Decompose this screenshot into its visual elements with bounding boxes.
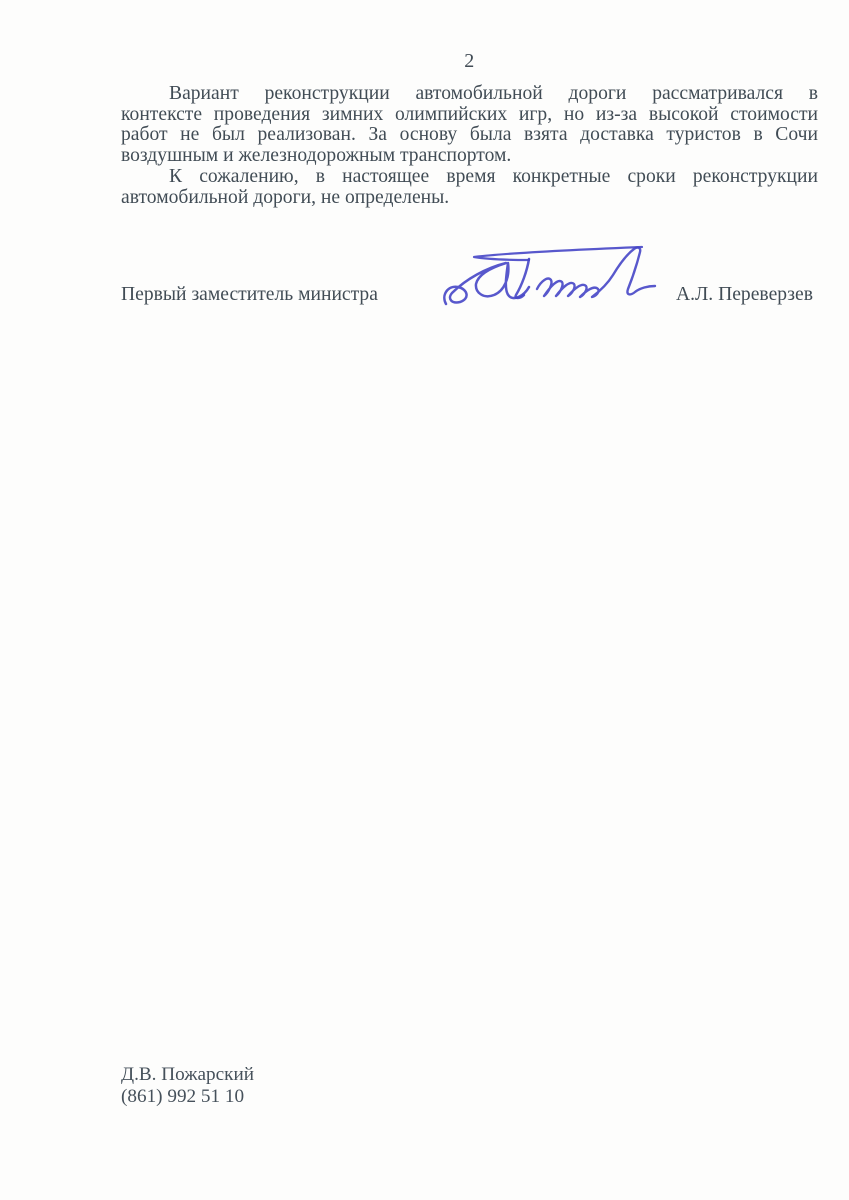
executor-contact: Д.В. Пожарский (861) 992 51 10 (121, 1064, 254, 1107)
paragraph-line: К сожалению, в настоящее время конкретны… (121, 167, 818, 188)
signer-position-title: Первый заместитель министра (121, 284, 378, 305)
document-body: Вариант реконструкции автомобильной доро… (121, 84, 818, 208)
paragraph-line: автомобильной дороги, не определены. (121, 188, 818, 209)
paragraph: К сожалению, в настоящее время конкретны… (121, 167, 818, 208)
page-number: 2 (121, 50, 818, 73)
executor-name: Д.В. Пожарский (121, 1064, 254, 1086)
paragraph-line: Вариант реконструкции автомобильной доро… (121, 84, 818, 105)
document-page: 2 Вариант реконструкции автомобильной до… (0, 0, 849, 1200)
executor-phone: (861) 992 51 10 (121, 1086, 254, 1108)
handwritten-signature-icon (438, 223, 668, 323)
signer-name: А.Л. Переверзев (676, 284, 818, 305)
signature-block: Первый заместитель министра А.Л. Перевер… (121, 284, 818, 305)
paragraph-line: работ не был реализован. За основу была … (121, 125, 818, 146)
paragraph-line: воздушным и железнодорожным транспортом. (121, 146, 818, 167)
paragraph-line: контексте проведения зимних олимпийских … (121, 105, 818, 126)
paragraph: Вариант реконструкции автомобильной доро… (121, 84, 818, 167)
